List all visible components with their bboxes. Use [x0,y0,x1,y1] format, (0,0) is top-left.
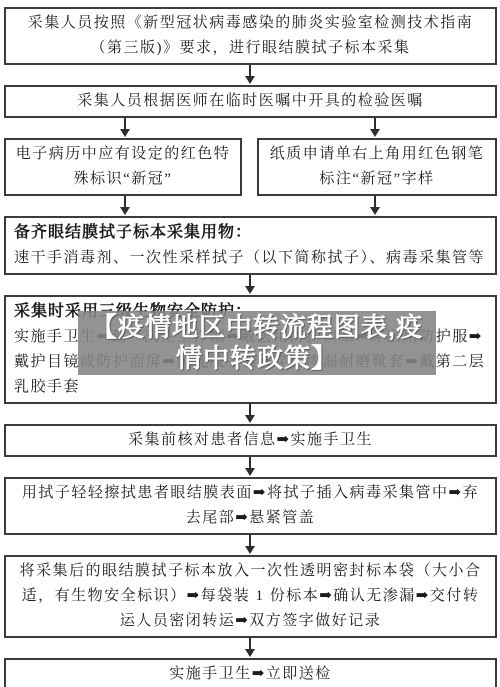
flow-step-guideline-text: 采集人员按照《新型冠状病毒感染的肺炎实验室检测技术指南（第三版)》要求，进行眼结… [28,15,474,56]
flow-step-swab-collection: 用拭子轻轻擦拭患者眼结膜表面➡将拭子插入病毒采集管中➡弃去尾部➡悬紧管盖 [4,477,497,535]
seal-and-transfer-text: 将采集后的眼结膜拭子标本放入一次性透明密封标本袋（大小合适，有生物安全标识）➡每… [19,563,481,629]
connector-3 [0,196,500,216]
connector-4 [0,275,500,295]
flowchart-page: 采集人员按照《新型冠状病毒感染的肺炎实验室检测技术指南（第三版)》要求，进行眼结… [0,0,500,687]
down-arrow-icon [374,196,376,208]
connector-7 [0,535,500,555]
flow-branch-electronic-record: 电子病历中应有设定的红色特殊标识“新冠” [4,138,242,196]
down-arrow-icon [249,404,251,416]
connector-6 [0,457,500,477]
down-arrow-icon [374,118,376,130]
watermark-overlay: 【疫情地区中转流程图表,疫情中转政策】 [78,311,436,375]
flow-step-doctor-order: 采集人员根据医师在临时医嘱中开具的检验医嘱 [4,85,497,118]
down-arrow-icon [249,275,251,287]
connector-5 [0,404,500,424]
send-for-testing-text: 实施手卫生➡立即送检 [169,666,332,682]
flow-step-verify-patient: 采集前核对患者信息➡实施手卫生 [4,424,497,457]
flow-step-doctor-order-text: 采集人员根据医师在临时医嘱中开具的检验医嘱 [77,93,424,109]
flow-step-send-for-testing: 实施手卫生➡立即送检 [4,658,497,687]
down-arrow-icon [124,196,126,208]
verify-patient-text: 采集前核对患者信息➡实施手卫生 [128,432,373,448]
connector-1 [0,65,500,85]
flow-branch-electronic-record-text: 电子病历中应有设定的红色特殊标识“新冠” [12,142,234,192]
down-arrow-icon [249,65,251,77]
flow-branch-paper-form: 纸质申请单右上角用红色钢笔标注“新冠”字样 [257,138,497,196]
prepare-supplies-body: 速干手消毒剂、一次性采样拭子（以下简称拭子）、病毒采集管等 [14,250,485,266]
branch-row: 电子病历中应有设定的红色特殊标识“新冠” 纸质申请单右上角用红色钢笔标注“新冠”… [4,138,497,196]
down-arrow-icon [249,638,251,650]
down-arrow-icon [249,535,251,547]
down-arrow-icon [124,118,126,130]
flow-step-seal-and-transfer: 将采集后的眼结膜拭子标本放入一次性透明密封标本袋（大小合适，有生物安全标识）➡每… [4,555,497,638]
prepare-supplies-title: 备齐眼结膜拭子标本采集用物： [14,224,252,241]
swab-collection-text: 用拭子轻轻擦拭患者眼结膜表面➡将拭子插入病毒采集管中➡弃去尾部➡悬紧管盖 [22,485,479,526]
watermark-text: 【疫情地区中转流程图表,疫情中转政策】 [91,312,423,373]
connector-2 [0,118,500,138]
flow-branch-paper-form-text: 纸质申请单右上角用红色钢笔标注“新冠”字样 [265,142,489,192]
down-arrow-icon [249,457,251,469]
flow-step-prepare-supplies: 备齐眼结膜拭子标本采集用物： 速干手消毒剂、一次性采样拭子（以下简称拭子）、病毒… [4,216,497,275]
connector-8 [0,638,500,658]
flow-step-guideline: 采集人员按照《新型冠状病毒感染的肺炎实验室检测技术指南（第三版)》要求，进行眼结… [4,7,497,65]
